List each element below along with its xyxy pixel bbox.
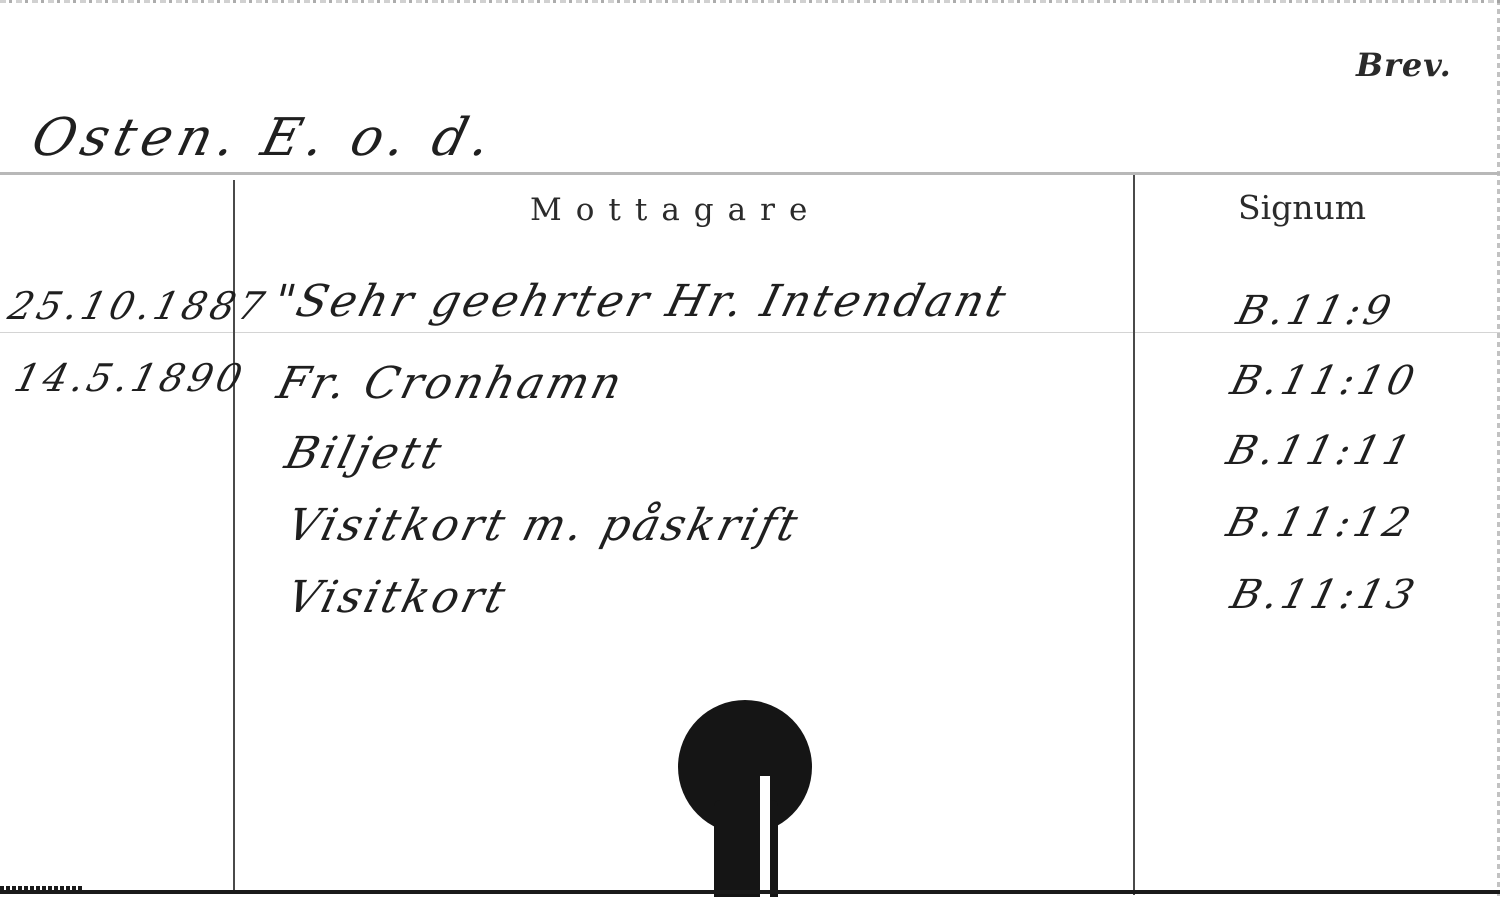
entry-recipient: Biljett (280, 428, 449, 479)
column-header-recipient: Mottagare (530, 192, 821, 228)
header-divider (0, 172, 1500, 175)
card-bottom-edge (0, 890, 1500, 894)
entry-signum: B.11:12 (1222, 500, 1419, 546)
entry-signum: B.11:10 (1226, 358, 1423, 404)
signum-column-divider (1133, 175, 1135, 895)
entry-recipient: Visitkort (282, 572, 513, 623)
filing-punch-hole (678, 700, 812, 897)
catalog-card: Brev. Osten. E. o. d. Mottagare Signum 2… (0, 0, 1500, 897)
card-top-edge (0, 0, 1500, 3)
column-header-signum: Signum (1238, 188, 1366, 227)
entry-recipient: Visitkort m. påskrift (282, 500, 805, 551)
entry-date: 25.10.1887 (4, 284, 273, 328)
entry-signum: B.11:11 (1222, 428, 1419, 474)
author-name: Osten. E. o. d. (26, 108, 503, 168)
entry-date: 14.5.1890 (10, 356, 250, 400)
punch-hole-slit (760, 776, 770, 897)
entry-recipient: "Sehr geehrter Hr. Intendant (268, 276, 1014, 327)
entry-signum: B.11:9 (1232, 288, 1399, 334)
entry-recipient: Fr. Cronhamn (272, 358, 630, 409)
category-label: Brev. (1356, 46, 1452, 84)
entry-signum: B.11:13 (1226, 572, 1423, 618)
